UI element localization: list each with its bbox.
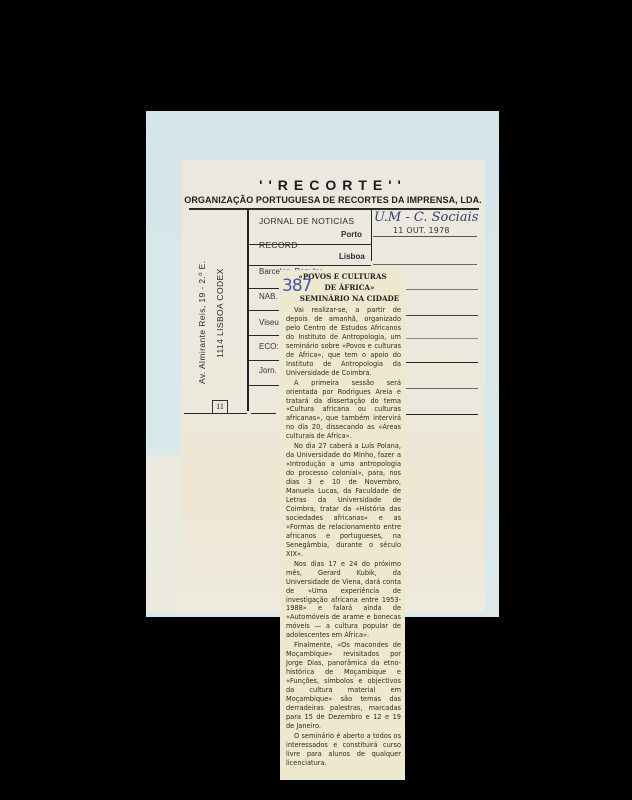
row-rule-5 [249, 360, 279, 361]
paper-name-6: Jorn. [259, 366, 277, 375]
newspaper-clipping: 387 «POVOS E CULTURAS DE ÁFRICA» SEMINÁR… [280, 270, 405, 780]
bottom-rule-left [184, 413, 247, 414]
paper-name-4: Viseu [259, 318, 279, 327]
paragraph: A primeira sessão será orientada por Rod… [286, 379, 401, 442]
paragraph: O seminário é aberto a todos os interess… [286, 732, 401, 768]
card-lower-left-fill [147, 455, 181, 612]
row-rule-2 [249, 288, 279, 289]
paper-name-3: NAB. [259, 292, 278, 301]
right-rule-8 [406, 414, 478, 415]
right-rule-2 [373, 264, 477, 265]
box-number: 11 [212, 400, 228, 414]
paper-city-1: Lisboa [339, 252, 365, 261]
row-rule-4 [249, 335, 279, 336]
paragraph: Vai realizar-se, a partir de depois de a… [286, 306, 401, 378]
paragraph: Nos dias 17 e 24 do próximo mês, Gerard … [286, 560, 401, 641]
card-title: ''RECORTE'' [181, 177, 485, 193]
card-subtitle: ORGANIZAÇÃO PORTUGUESA DE RECORTES DA IM… [181, 195, 485, 205]
paper-city-0: Porto [341, 230, 362, 239]
paper-name-1: RECORD [259, 240, 298, 250]
column-divider-right [371, 209, 372, 261]
address-line-2: 1114 LISBOA CODEX [215, 268, 225, 358]
paper-name-0: JORNAL DE NOTICIAS [259, 216, 354, 226]
right-rule-5 [406, 338, 478, 339]
right-rule-6 [406, 362, 478, 363]
handwritten-note: U.M - C. Sociais [374, 210, 478, 225]
bottom-rule-right [251, 413, 276, 414]
clipping-body: Vai realizar-se, a partir de depois de a… [280, 304, 405, 768]
right-rule-7 [406, 388, 478, 389]
date-stamp: 11 OUT. 1978 [393, 226, 450, 235]
clipping-number: 387 [282, 276, 311, 296]
paragraph: No dia 27 caberá a Luís Polana, da Unive… [286, 442, 401, 558]
right-rule-3 [406, 289, 478, 290]
paragraph: Finalmente, «Os macondes de Moçambique» … [286, 641, 401, 731]
row-rule-3 [249, 310, 279, 311]
right-rule-4 [406, 315, 478, 316]
paper-name-5: ECO: [259, 342, 279, 351]
right-rule-1 [373, 236, 477, 237]
row-rule-6 [249, 385, 279, 386]
address-line-1: Av. Almirante Reis, 19 - 2.º E. [197, 261, 207, 384]
row-rule-1 [249, 265, 371, 266]
